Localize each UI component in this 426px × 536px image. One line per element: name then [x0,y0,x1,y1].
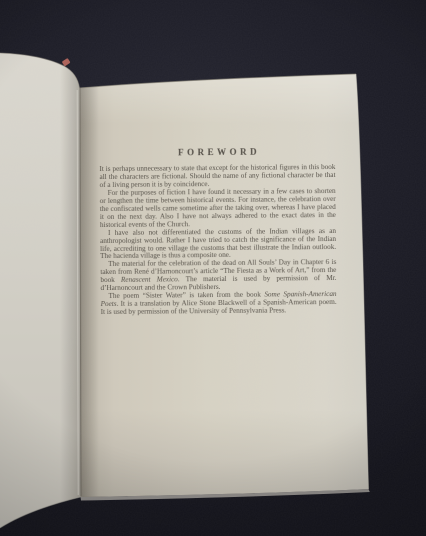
paragraph-text: It is perhaps unnecessary to state that … [99,163,335,189]
paragraph: I have also not differentiated the custo… [100,228,336,262]
paragraph: The material for the celebration of the … [100,259,336,293]
paragraph: For the purposes of fiction I have found… [100,188,336,230]
paragraph: It is perhaps unnecessary to state that … [99,164,335,190]
paragraph: The poem “Sister Water” is taken from th… [101,291,337,317]
paragraph-text: I have also not differentiated the custo… [100,227,336,261]
photo-of-open-book: FOREWORD It is perhaps unnecessary to st… [0,0,426,536]
paragraph-text: For the purposes of fiction I have found… [100,187,336,229]
foreword-page: FOREWORD It is perhaps unnecessary to st… [99,146,336,317]
paragraph-text: . It is a translation by Alice Stone Bla… [101,298,337,316]
page-title: FOREWORD [99,146,335,158]
